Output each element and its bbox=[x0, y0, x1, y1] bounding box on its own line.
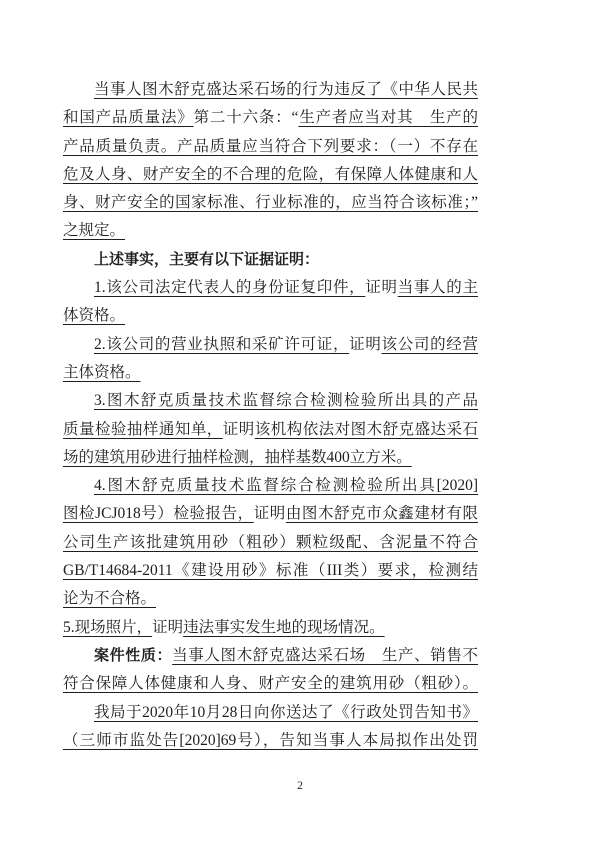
text-line: （三师市监处告[2020]69号），告知当事人本局拟作出处罚 bbox=[63, 727, 478, 755]
underlined-text: 5.现场照片， bbox=[63, 614, 152, 642]
text-line: 体资格。 bbox=[63, 302, 478, 330]
underlined-text: GB/T14684-2011《建设用砂》标准（III类）要求，检测结 bbox=[63, 562, 478, 579]
underlined-text: 符合保障人体健康和人身、财产安全的建筑用砂（粗砂）。 bbox=[63, 675, 478, 692]
underlined-text: 由图木舒克市众鑫建材有限 bbox=[286, 505, 478, 522]
underlined-text: 4.图木舒克质量技术监督综合检测检验所出具[2020] bbox=[94, 477, 478, 494]
underlined-text: 之规定。 bbox=[63, 217, 125, 245]
plain-text: 第二十六条：“ bbox=[194, 109, 299, 126]
underlined-text: 场的建筑用砂进行抽样检测，抽样基数400立方米。 bbox=[63, 444, 412, 472]
underlined-text: 危及人身、财产安全的不合理的危险，有保障人体健康和人 bbox=[63, 166, 478, 183]
text-line: 4.图木舒克质量技术监督综合检测检验所出具[2020] bbox=[63, 472, 478, 500]
text-line: 1.该公司法定代表人的身份证复印件，证明当事人的主 bbox=[63, 274, 478, 302]
document-body: 当事人图木舒克盛达采石场的行为违反了《中华人民共和国产品质量法》第二十六条：“生… bbox=[63, 76, 478, 755]
text-line: 公司生产该批建筑用砂（粗砂）颗粒级配、含泥量不符合 bbox=[63, 529, 478, 557]
underlined-text: 生产者应当对其 生产的 bbox=[298, 109, 478, 126]
underlined-text: 公司生产该批建筑用砂（粗砂）颗粒级配、含泥量不符合 bbox=[63, 534, 478, 551]
underlined-text: 3.图木舒克质量技术监督综合检测检验所出具的产品 bbox=[94, 392, 478, 409]
text-line: 上述事实，主要有以下证据证明： bbox=[63, 246, 478, 274]
underlined-text: 质量检验抽样通知单， bbox=[63, 421, 223, 438]
text-line: 5.现场照片，证明违法事实发生地的现场情况。 bbox=[63, 614, 478, 642]
underlined-text: 体资格。 bbox=[63, 302, 125, 330]
text-line: 我局于2020年10月28日向你送达了《行政处罚告知书》 bbox=[63, 699, 478, 727]
plain-text: 证明 bbox=[223, 421, 255, 438]
document-page: 当事人图木舒克盛达采石场的行为违反了《中华人民共和国产品质量法》第二十六条：“生… bbox=[0, 0, 600, 848]
underlined-text: （三师市监处告[2020]69号），告知当事人本局拟作出处罚 bbox=[63, 732, 478, 749]
text-line: 主体资格。 bbox=[63, 359, 478, 387]
text-line: 产品质量负责。产品质量应当符合下列要求：（一）不存在 bbox=[63, 133, 478, 161]
underlined-text: 图检JCJ018号）检验报告， bbox=[63, 505, 254, 522]
text-line: 案件性质：当事人图木舒克盛达采石场 生产、销售不 bbox=[63, 642, 478, 670]
underlined-text: 违法事实发生地的现场情况。 bbox=[183, 614, 385, 642]
text-line: 危及人身、财产安全的不合理的危险，有保障人体健康和人 bbox=[63, 161, 478, 189]
text-line: GB/T14684-2011《建设用砂》标准（III类）要求，检测结 bbox=[63, 557, 478, 585]
underlined-text: 身、财产安全的国家标准、行业标准的，应当符合该标准；” bbox=[63, 194, 478, 211]
underlined-text: 1.该公司法定代表人的身份证复印件， bbox=[94, 279, 365, 296]
text-line: 身、财产安全的国家标准、行业标准的，应当符合该标准；” bbox=[63, 189, 478, 217]
text-line: 质量检验抽样通知单，证明该机构依法对图木舒克盛达采石 bbox=[63, 416, 478, 444]
underlined-text: 我局于2020年10月28日向你送达了《行政处罚告知书》 bbox=[94, 704, 478, 721]
text-line: 3.图木舒克质量技术监督综合检测检验所出具的产品 bbox=[63, 387, 478, 415]
underlined-text: 2.该公司的营业执照和采矿许可证， bbox=[94, 336, 349, 353]
underlined-text: 当事人图木舒克盛达采石场的行为违反了《中华人民共 bbox=[94, 81, 478, 98]
text-line: 之规定。 bbox=[63, 217, 478, 245]
plain-text: 证明 bbox=[152, 614, 183, 642]
underlined-text: 当事人的主 bbox=[398, 279, 478, 296]
text-line: 论为不合格。 bbox=[63, 585, 478, 613]
underlined-text: 当事人图木舒克盛达采石场 生产、销售不 bbox=[172, 647, 478, 664]
page-number: 2 bbox=[0, 778, 600, 793]
underlined-text: 该公司的经营 bbox=[382, 336, 478, 353]
underlined-text: 和国产品质量法》 bbox=[63, 109, 194, 126]
underlined-text: 主体资格。 bbox=[63, 359, 141, 387]
underlined-text: 产品质量负责。产品质量应当符合下列要求：（一）不存在 bbox=[63, 138, 478, 155]
bold-label: 案件性质： bbox=[94, 647, 172, 664]
underlined-text: 论为不合格。 bbox=[63, 585, 156, 613]
text-line: 当事人图木舒克盛达采石场的行为违反了《中华人民共 bbox=[63, 76, 478, 104]
underlined-text: 该机构依法对图木舒克盛达采石 bbox=[255, 421, 478, 438]
text-line: 符合保障人体健康和人身、财产安全的建筑用砂（粗砂）。 bbox=[63, 670, 478, 698]
plain-text: 证明 bbox=[365, 279, 397, 296]
text-line: 和国产品质量法》第二十六条：“生产者应当对其 生产的 bbox=[63, 104, 478, 132]
text-line: 场的建筑用砂进行抽样检测，抽样基数400立方米。 bbox=[63, 444, 478, 472]
plain-text: 证明 bbox=[349, 336, 381, 353]
text-line: 图检JCJ018号）检验报告，证明由图木舒克市众鑫建材有限 bbox=[63, 500, 478, 528]
bold-label: 上述事实，主要有以下证据证明： bbox=[94, 251, 319, 268]
plain-text: 证明 bbox=[254, 505, 286, 522]
text-line: 2.该公司的营业执照和采矿许可证，证明该公司的经营 bbox=[63, 331, 478, 359]
